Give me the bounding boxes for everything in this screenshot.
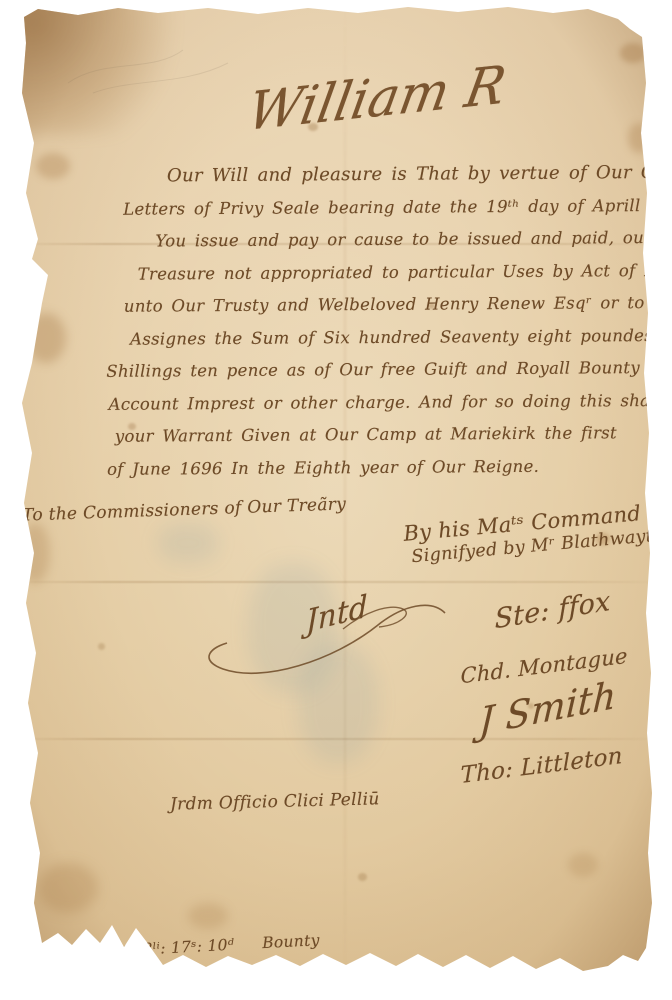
- body-line: Letters of Privy Seale bearing date the …: [123, 190, 637, 226]
- foxing-stain: [188, 903, 228, 929]
- docket-amount: Renew 678ˡⁱ: 17ˢ: 10ᵈ: [62, 936, 235, 963]
- foxing-stain: [568, 853, 598, 877]
- entry-mark: Jntd: [193, 591, 453, 686]
- body-line: Shillings ten pence as of Our free Guift…: [106, 352, 638, 388]
- warrant-body: Our Will and pleasure is That by vertue …: [97, 157, 639, 486]
- body-line: Account Imprest or other charge. And for…: [108, 385, 638, 421]
- docket-suffix: Bounty: [262, 931, 320, 952]
- pencil-scribble: [63, 38, 233, 98]
- foxing-stain: [20, 523, 50, 583]
- manuscript-page: William R Our Will and pleasure is That …: [8, 3, 660, 996]
- fold-crease: [8, 738, 660, 740]
- foxing-speck: [98, 643, 105, 650]
- royal-signature: William R: [243, 55, 510, 143]
- body-line: Assignes the Sum of Six hundred Seaventy…: [130, 320, 638, 356]
- body-line: Our Will and pleasure is That by vertue …: [167, 157, 637, 193]
- docket-gap: [235, 948, 263, 949]
- screenshot-root: { "page": { "background_color": "#ffffff…: [0, 0, 672, 1000]
- ink-showthrough: [158, 523, 218, 563]
- latin-docket: Jrdm Officio Clici Pelliū: [170, 789, 380, 814]
- address-line: To the Commissioners of Our Treãry: [22, 494, 347, 525]
- body-line: of June 1696 In the Eighth year of Our R…: [107, 450, 639, 486]
- body-line: your Warrant Given at Our Camp at Mariek…: [115, 417, 639, 453]
- signature-littleton: Tho: Littleton: [460, 743, 622, 789]
- body-line: unto Our Trusty and Welbeloved Henry Ren…: [124, 287, 638, 323]
- foxing-stain: [620, 43, 646, 63]
- foxing-stain: [26, 313, 66, 363]
- body-line: Treasure not appropriated to particular …: [138, 255, 638, 291]
- command-block: By his Maᵗˢ Command Signifyed by Mʳ Blat…: [402, 500, 653, 567]
- foxing-stain: [628, 123, 650, 153]
- signature-fox: Ste: ffox: [494, 586, 610, 636]
- body-line: You issue and pay or cause to be issued …: [155, 222, 637, 258]
- bottom-docket: WRenew 678ˡⁱ: 17ˢ: 10ᵈBounty: [20, 931, 320, 965]
- signature-smith: J Smith: [478, 673, 617, 744]
- fold-crease: [8, 581, 660, 583]
- foxing-stain: [36, 153, 70, 179]
- docket-prefix: W: [20, 946, 37, 965]
- foxing-stain: [38, 863, 98, 913]
- foxing-speck: [358, 873, 367, 881]
